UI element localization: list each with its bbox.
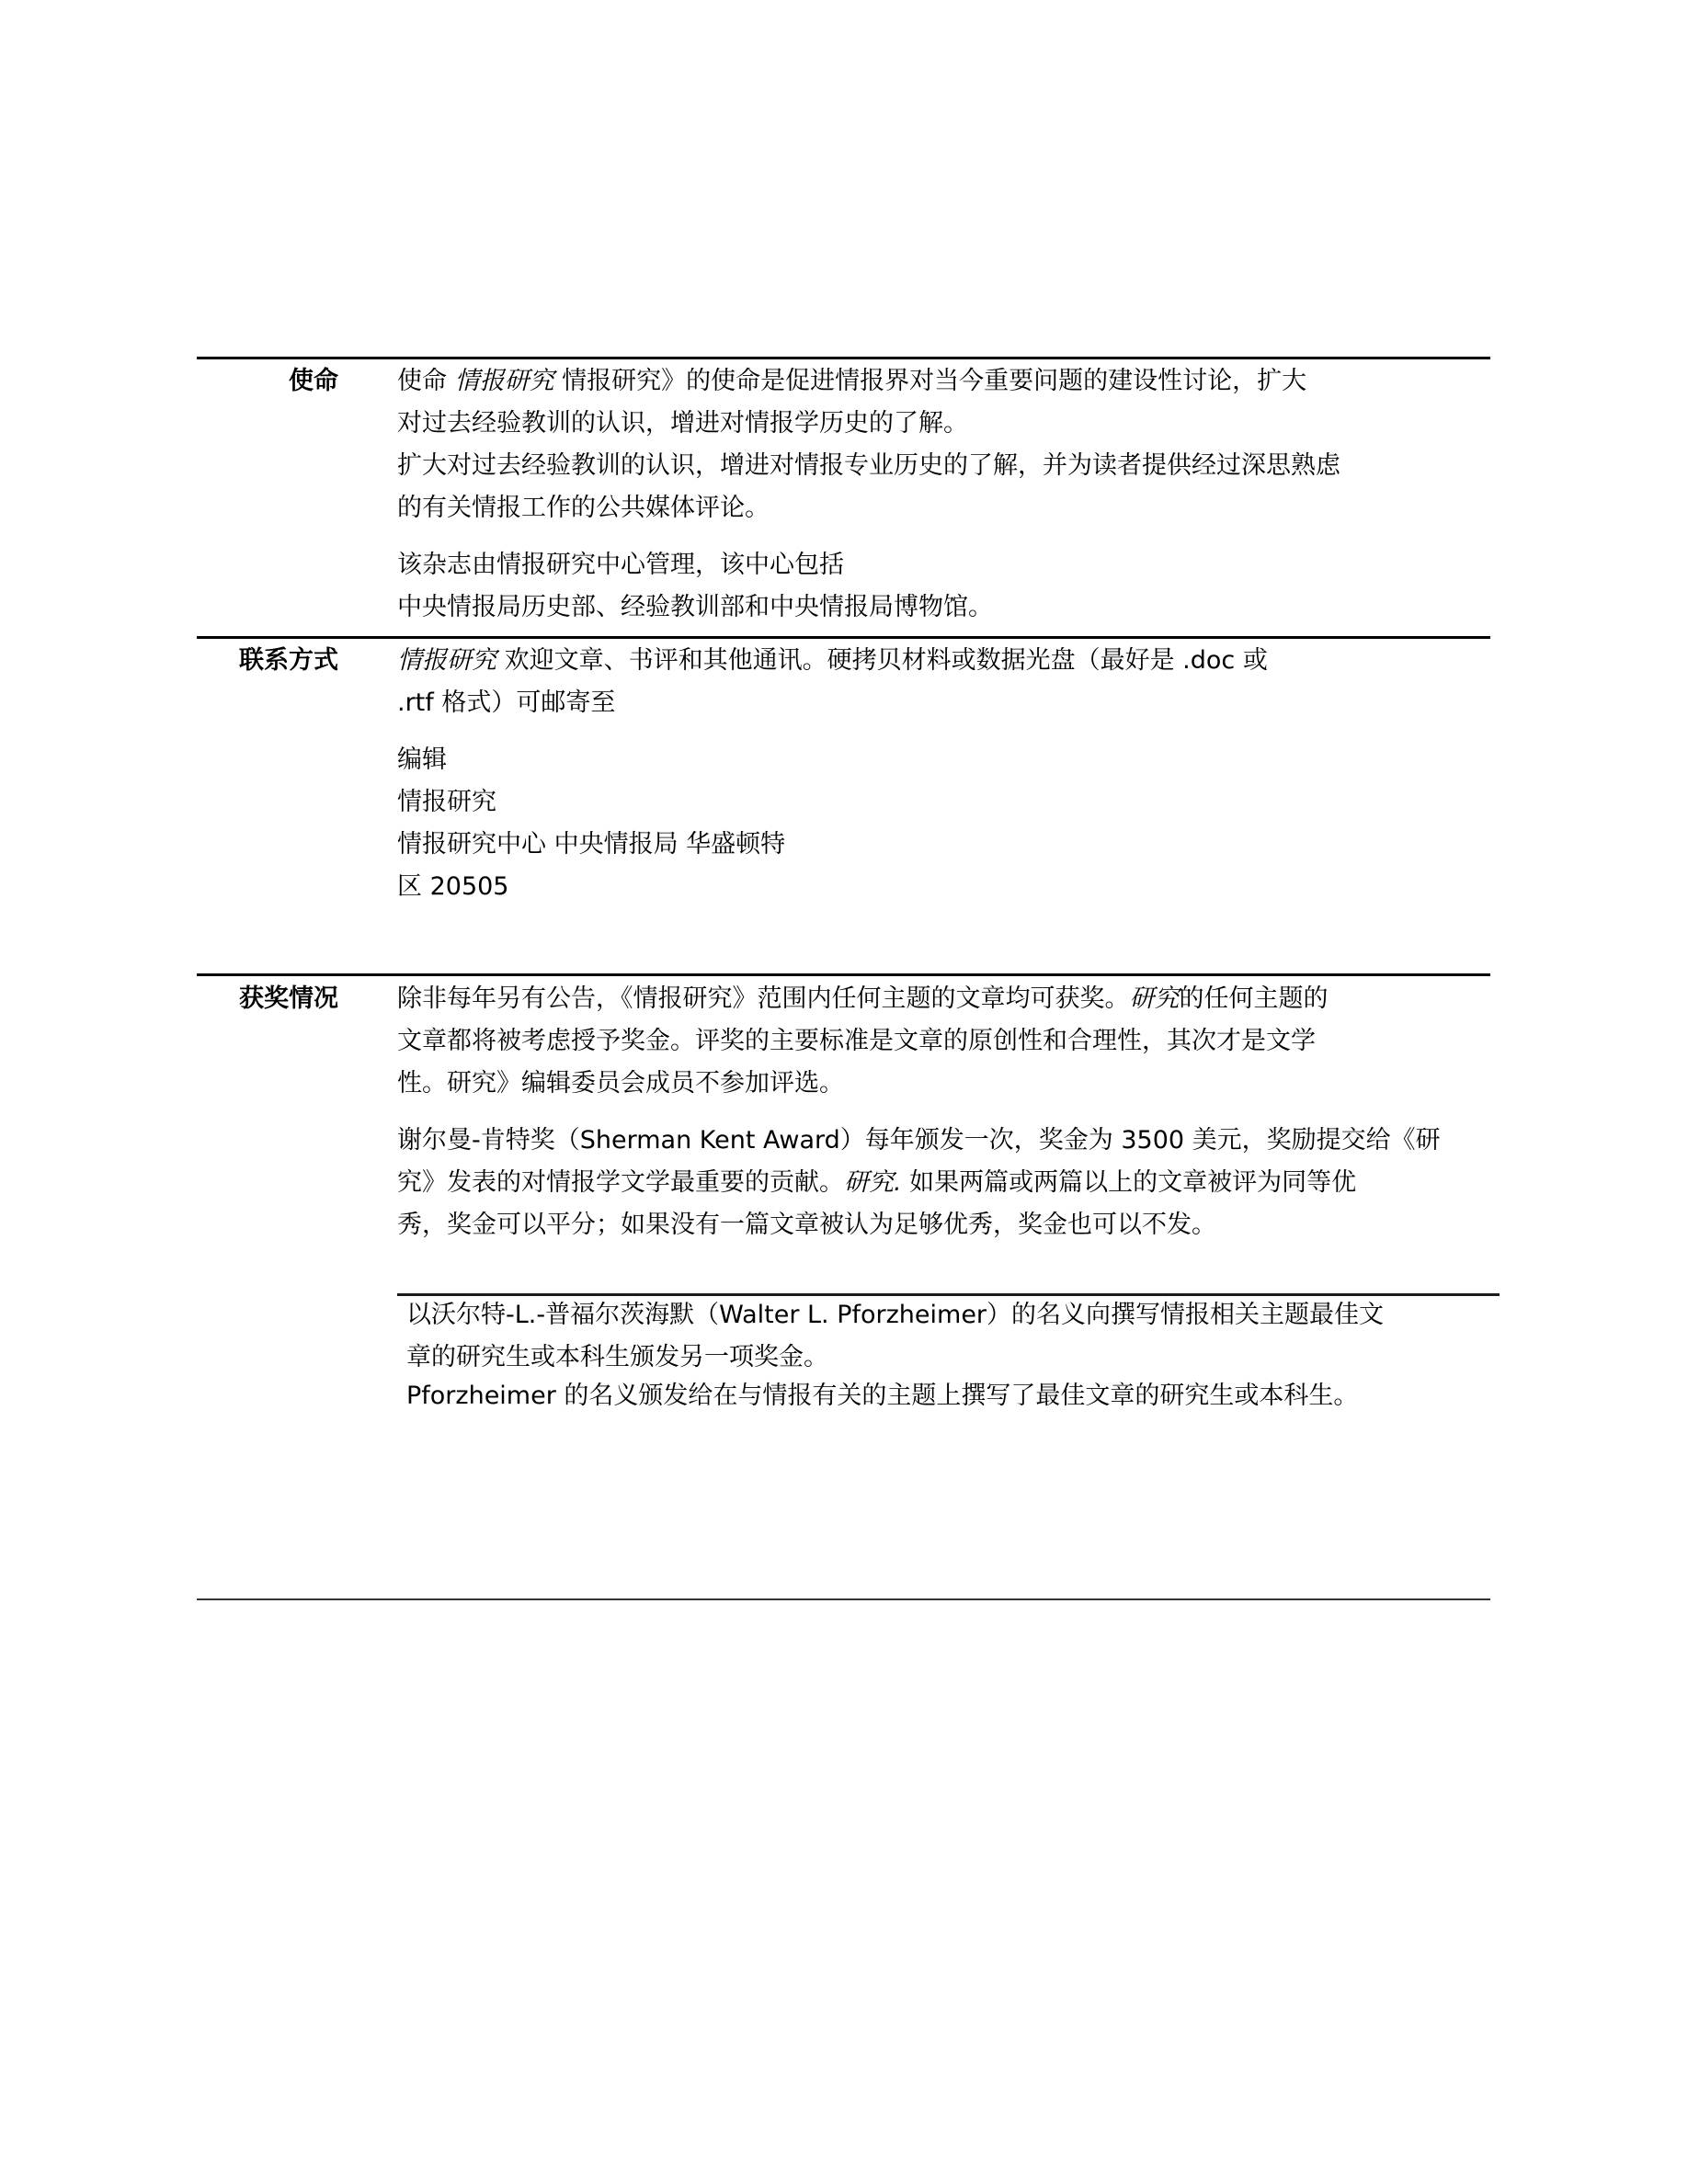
mission-line-4: 的有关情报工作的公共媒体评论。 bbox=[397, 487, 1500, 529]
section-divider-contact bbox=[197, 636, 1490, 639]
mission-label: 使命 bbox=[177, 360, 338, 403]
section-divider-awards bbox=[197, 973, 1490, 976]
awards-label: 获奖情况 bbox=[177, 978, 338, 1020]
section-divider-top bbox=[197, 357, 1490, 359]
address-line-4: 区 20505 bbox=[397, 866, 1500, 908]
awards-p2-line-1: 谢尔曼-肯特奖（Sherman Kent Award）每年颁发一次，奖金为 35… bbox=[397, 1120, 1500, 1162]
mailing-address: 编辑 情报研究 情报研究中心 中央情报局 华盛顿特 区 20505 bbox=[397, 739, 1500, 908]
awards-p2-line-2-rest: 如果两篇或两篇以上的文章被评为同等优 bbox=[902, 1168, 1357, 1197]
awards-paragraph-pforzheimer: 以沃尔特-L.-普福尔茨海默（Walter L. Pforzheimer）的名义… bbox=[406, 1294, 1510, 1417]
journal-title-italic: 情报研究 bbox=[397, 646, 496, 675]
awards-p2-line-3: 秀，奖金可以平分；如果没有一篇文章被认为足够优秀，奖金也可以不发。 bbox=[397, 1204, 1500, 1246]
awards-p1-line-3: 性。研究》编辑委员会成员不参加评选。 bbox=[397, 1063, 1500, 1105]
awards-p3-line-2: 章的研究生或本科生颁发另一项奖金。 bbox=[406, 1337, 1510, 1379]
journal-title-italic: 研究 bbox=[1130, 984, 1180, 1013]
awards-p3-line-1: 以沃尔特-L.-普福尔茨海默（Walter L. Pforzheimer）的名义… bbox=[406, 1294, 1510, 1337]
address-line-1: 编辑 bbox=[397, 739, 1500, 781]
mission-line-3: 扩大对过去经验教训的认识，增进对情报专业历史的了解，并为读者提供经过深思熟虑 bbox=[397, 445, 1500, 487]
address-line-3: 情报研究中心 中央情报局 华盛顿特 bbox=[397, 824, 1500, 866]
management-paragraph: 该杂志由情报研究中心管理，该中心包括 中央情报局历史部、经验教训部和中央情报局博… bbox=[397, 544, 1500, 629]
address-line-2: 情报研究 bbox=[397, 781, 1500, 824]
awards-p1-line-1-text: 除非每年另有公告，《情报研究》范围内任何主题的文章均可获奖。 bbox=[397, 984, 1130, 1013]
journal-title-italic: 情报研究 bbox=[455, 367, 554, 395]
contact-paragraph: 情报研究 欢迎文章、书评和其他通讯。硬拷贝材料或数据光盘（最好是 .doc 或 … bbox=[397, 640, 1500, 724]
awards-p2-line-2: 究》发表的对情报学文学最重要的贡献。研究. 如果两篇或两篇以上的文章被评为同等优 bbox=[397, 1162, 1500, 1204]
awards-content: 除非每年另有公告，《情报研究》范围内任何主题的文章均可获奖。研究的任何主题的 文… bbox=[397, 978, 1500, 1246]
contact-line-1-text: 欢迎文章、书评和其他通讯。硬拷贝材料或数据光盘（最好是 .doc 或 bbox=[496, 646, 1268, 675]
awards-p1-line-2: 文章都将被考虑授予奖金。评奖的主要标准是文章的原创性和合理性，其次才是文学 bbox=[397, 1020, 1500, 1063]
mission-line-1: 使命 情报研究 情报研究》的使命是促进情报界对当今重要问题的建设性讨论，扩大 bbox=[397, 360, 1500, 403]
awards-p2-line-2-text: 究》发表的对情报学文学最重要的贡献。 bbox=[397, 1168, 844, 1197]
mission-line-2: 对过去经验教训的认识，增进对情报学历史的了解。 bbox=[397, 403, 1500, 445]
mission-line-1-text: 情报研究》的使命是促进情报界对当今重要问题的建设性讨论，扩大 bbox=[554, 367, 1307, 395]
journal-title-italic: 研究. bbox=[844, 1168, 902, 1197]
awards-p3-line-3: Pforzheimer 的名义颁发给在与情报有关的主题上撰写了最佳文章的研究生或… bbox=[406, 1375, 1510, 1417]
awards-paragraph-sherman-kent: 谢尔曼-肯特奖（Sherman Kent Award）每年颁发一次，奖金为 35… bbox=[397, 1120, 1500, 1246]
awards-paragraph-1: 除非每年另有公告，《情报研究》范围内任何主题的文章均可获奖。研究的任何主题的 文… bbox=[397, 978, 1500, 1105]
contact-label: 联系方式 bbox=[177, 640, 338, 682]
awards-p1-line-1: 除非每年另有公告，《情报研究》范围内任何主题的文章均可获奖。研究的任何主题的 bbox=[397, 978, 1500, 1020]
contact-line-2: .rtf 格式）可邮寄至 bbox=[397, 682, 1500, 724]
contact-line-1: 情报研究 欢迎文章、书评和其他通讯。硬拷贝材料或数据光盘（最好是 .doc 或 bbox=[397, 640, 1500, 682]
management-line-1: 该杂志由情报研究中心管理，该中心包括 bbox=[397, 544, 1500, 586]
awards-p1-line-1-rest: 的任何主题的 bbox=[1180, 984, 1329, 1013]
management-line-2: 中央情报局历史部、经验教训部和中央情报局博物馆。 bbox=[397, 586, 1500, 629]
mission-paragraph: 使命 情报研究 情报研究》的使命是促进情报界对当今重要问题的建设性讨论，扩大 对… bbox=[397, 360, 1500, 529]
section-divider-bottom bbox=[197, 1598, 1490, 1600]
contact-content: 情报研究 欢迎文章、书评和其他通讯。硬拷贝材料或数据光盘（最好是 .doc 或 … bbox=[397, 640, 1500, 908]
mission-content: 使命 情报研究 情报研究》的使命是促进情报界对当今重要问题的建设性讨论，扩大 对… bbox=[397, 360, 1500, 629]
mission-prefix: 使命 bbox=[397, 367, 455, 395]
